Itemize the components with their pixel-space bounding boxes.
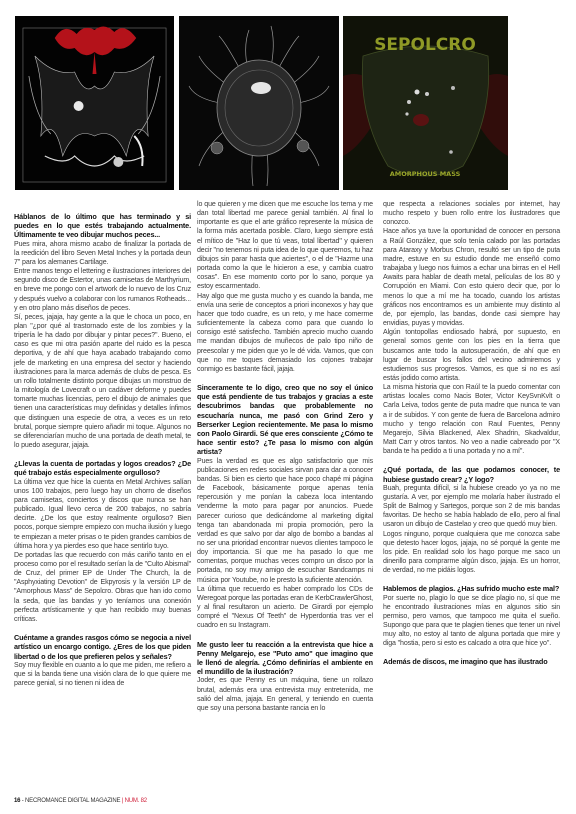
interview-answer: Logos ninguno, porque cualquiera que me … (383, 530, 560, 576)
issue-number: NUM. 82 (125, 798, 147, 804)
interview-answer: Buah, pregunta difícil, si la hubiese cr… (383, 484, 560, 530)
paragraph-gap (14, 624, 191, 633)
interview-answer: que respecta a relaciones sociales por i… (383, 200, 560, 227)
album-art-tentacle (179, 16, 339, 190)
album-cover-tentacle (179, 16, 339, 190)
interview-answer: Pues mira, ahora mismo acabo de finaliza… (14, 240, 191, 267)
article-column-3: que respecta a relaciones sociales por i… (383, 200, 560, 667)
album-art-cruz (15, 16, 174, 190)
interview-answer: lo que quieren y me dicen que me escuche… (197, 200, 373, 292)
interview-question: Sinceramente te lo digo, creo que no soy… (197, 383, 373, 457)
sepolcro-subtitle: AMORPHOUS MASS (390, 170, 461, 178)
article-column-2: lo que quieren y me dicen que me escuche… (197, 200, 373, 713)
interview-answer: Hace años ya tuve la oportunidad de cono… (383, 227, 560, 328)
magazine-name: NECROMANCE DIGITAL MAGAZINE (25, 798, 120, 804)
interview-answer: Entre manos tengo el lettering e ilustra… (14, 267, 191, 313)
interview-answer: La última vez que hice la cuenta en Meta… (14, 478, 191, 551)
interview-answer: Joder, es que Penny es un máquina, tiene… (197, 676, 373, 713)
article-column-1: Háblanos de lo último que has terminado … (14, 212, 191, 688)
interview-question: Cuéntame a grandes rasgos cómo se negoci… (14, 633, 191, 661)
page-footer: 16 - NECROMANCE DIGITAL MAGAZINE | NUM. … (14, 798, 147, 804)
paragraph-gap (14, 450, 191, 459)
album-cover-sepolcro: SEPOLCRO AMORPHOUS MASS (343, 16, 508, 190)
interview-answer: Por suerte no, plagio lo que se dice pla… (383, 594, 560, 649)
interview-question: Además de discos, me imagino que has ilu… (383, 657, 560, 666)
interview-answer: De portadas las que recuerdo con más car… (14, 551, 191, 624)
interview-answer: La última que recuerdo es haber comprado… (197, 585, 373, 631)
interview-answer: Hay algo que me gusta mucho y es cuando … (197, 292, 373, 374)
paragraph-gap (197, 631, 373, 640)
paragraph-gap (383, 648, 560, 657)
paragraph-gap (383, 456, 560, 465)
interview-question: ¿Qué portada, de las que podamos conocer… (383, 465, 560, 483)
interview-answer: Algún tontopollas endiosado habrá, por s… (383, 328, 560, 383)
interview-answer: Sí, peces, jajaja, hay gente a la que le… (14, 313, 191, 450)
album-art-sepolcro: SEPOLCRO AMORPHOUS MASS (343, 16, 508, 190)
sepolcro-logo: SEPOLCRO (374, 35, 476, 55)
interview-answer: La misma historia que con Raúl te la pue… (383, 383, 560, 456)
paragraph-gap (383, 575, 560, 584)
paragraph-gap (197, 374, 373, 383)
interview-answer: Soy muy flexible en cuanto a lo que me p… (14, 661, 191, 688)
interview-question: Hablemos de plagios. ¿Has sufrido mucho … (383, 584, 560, 593)
interview-question: Me gusto leer tu reacción a la entrevist… (197, 640, 373, 677)
interview-answer: Pues la verdad es que es algo satisfacto… (197, 457, 373, 585)
interview-question: Háblanos de lo último que has terminado … (14, 212, 191, 240)
album-cover-cruz (15, 16, 174, 190)
interview-question: ¿Llevas la cuenta de portadas y logos cr… (14, 459, 191, 477)
